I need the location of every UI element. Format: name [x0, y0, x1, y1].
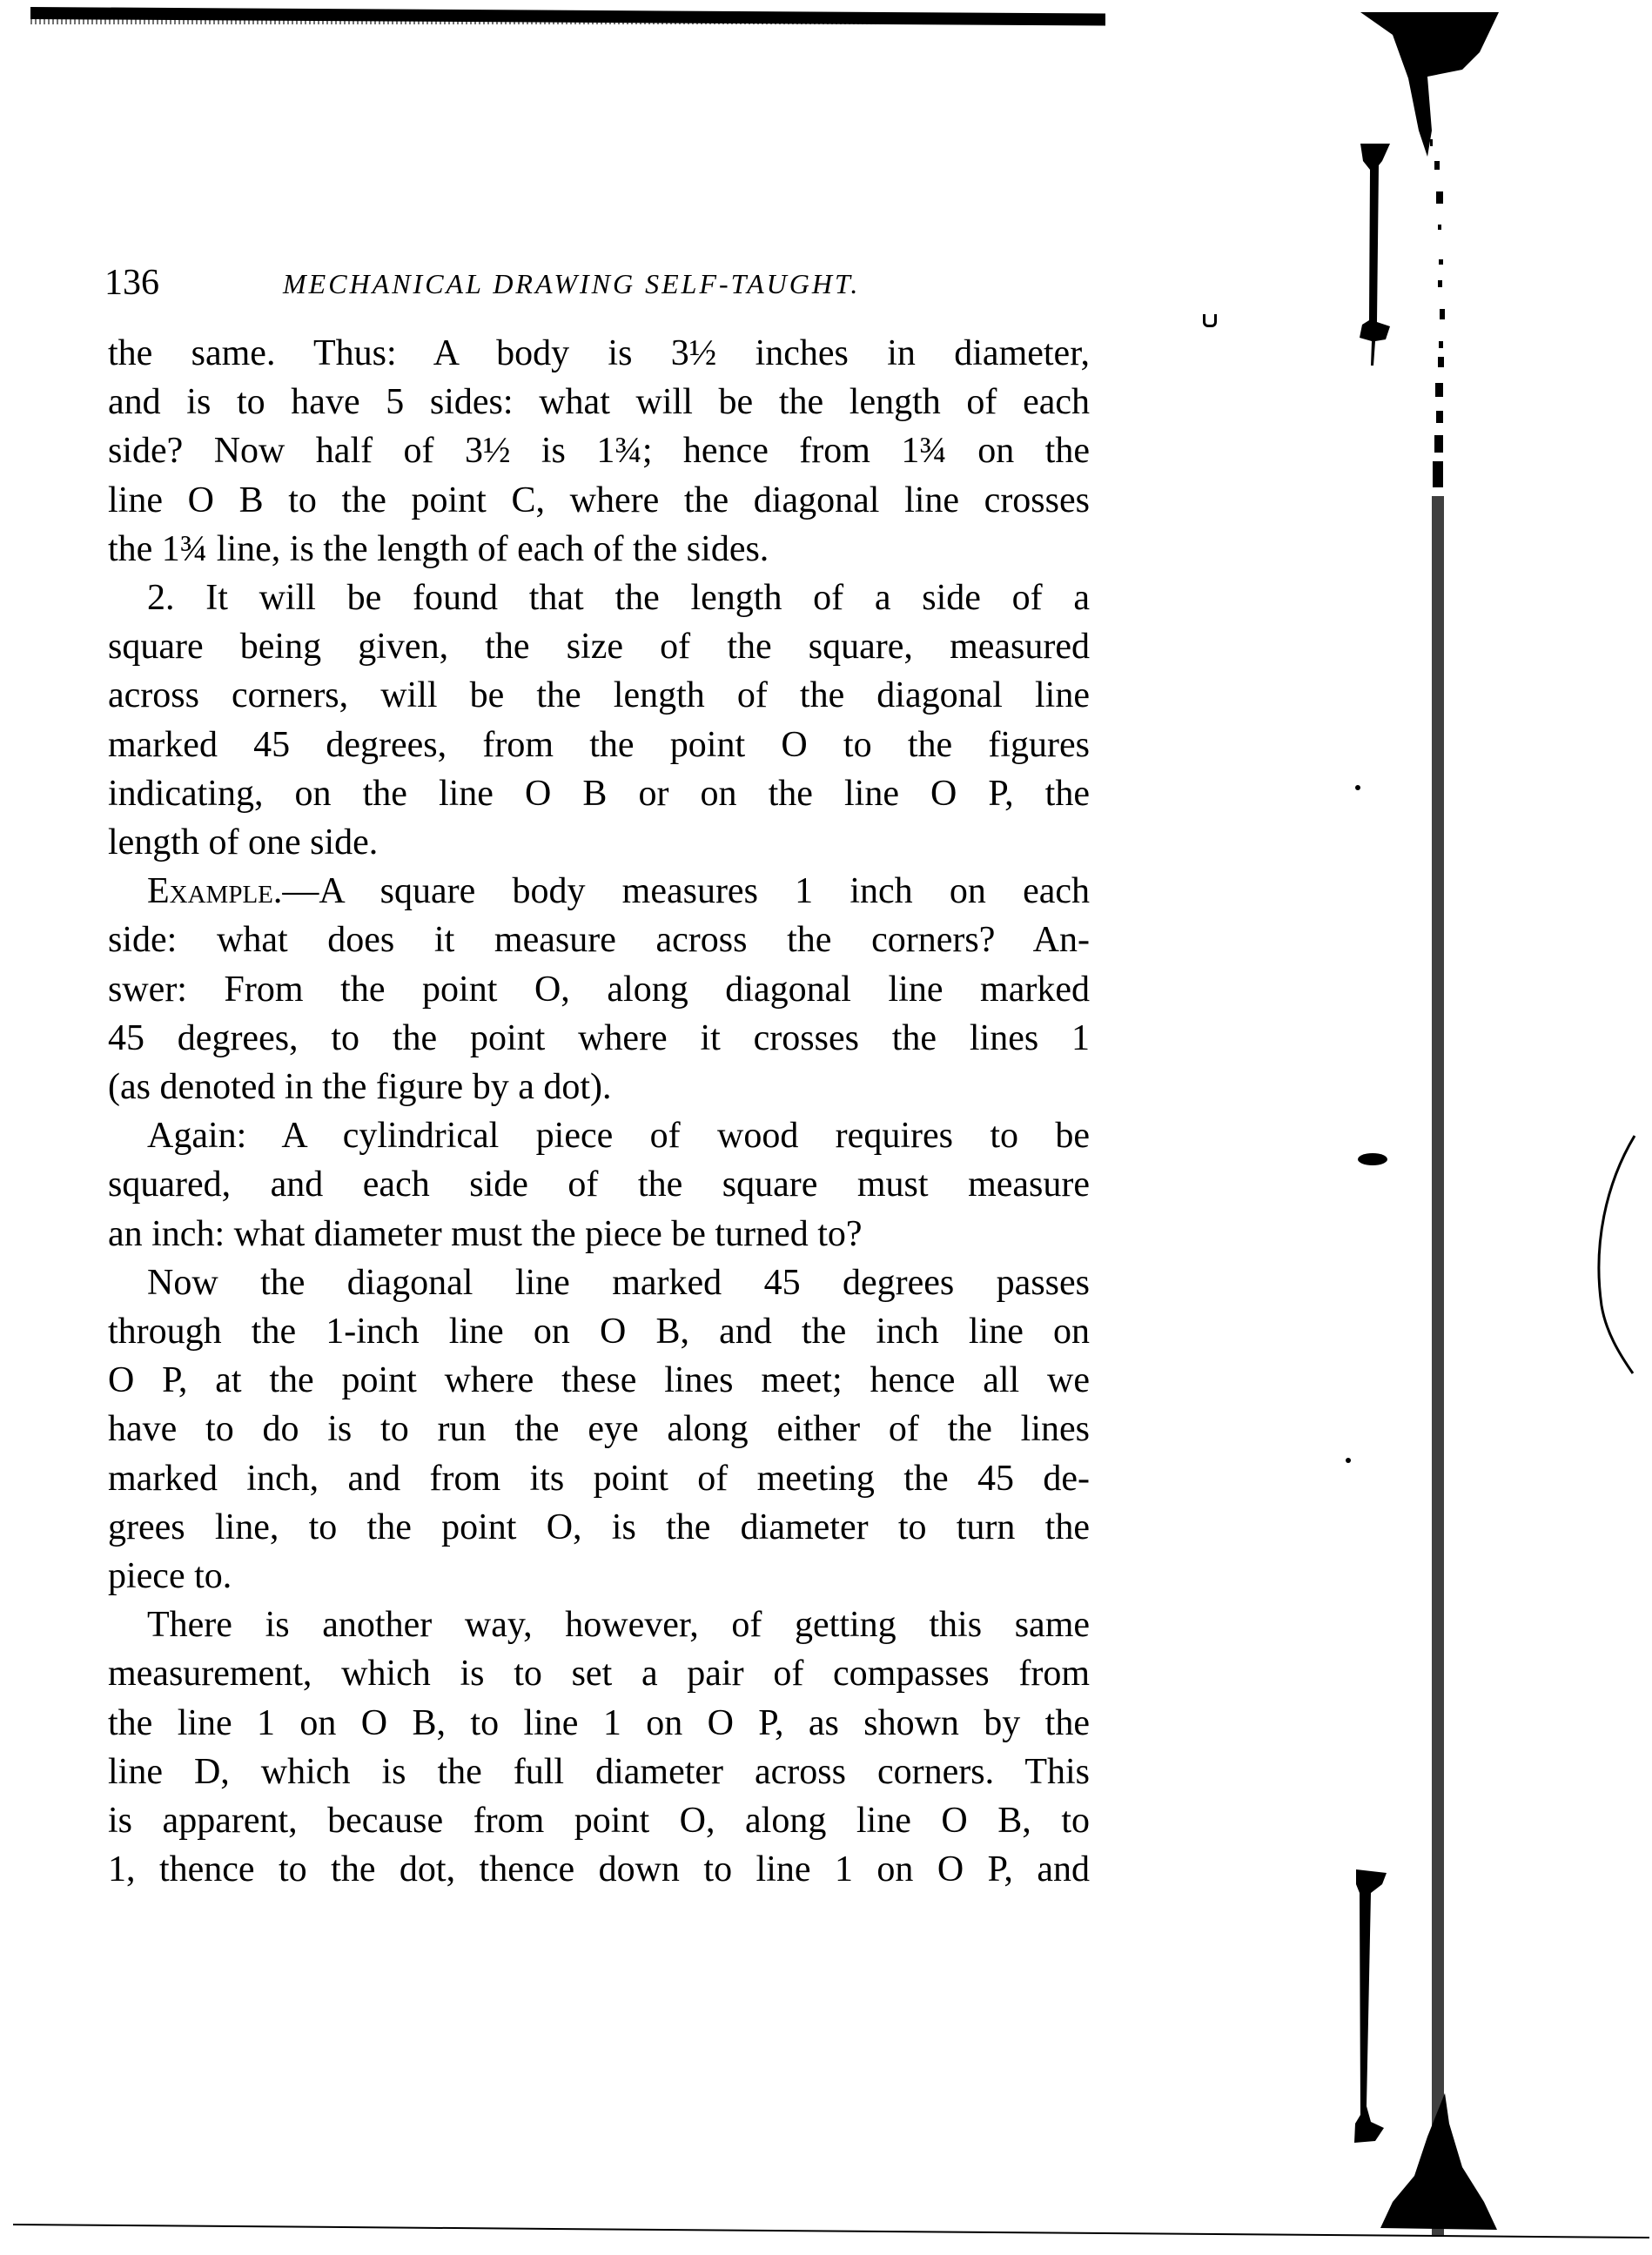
text-line: 45 degrees, to the point where it crosse…	[108, 1014, 1090, 1063]
text-line: (as denoted in the figure by a dot).	[108, 1063, 1090, 1111]
text-line: have to do is to run the eye along eithe…	[108, 1405, 1090, 1453]
bottom-rule	[13, 2225, 1649, 2238]
book-page: 136 MECHANICAL DRAWING SELF-TAUGHT. the …	[0, 0, 1652, 2255]
running-head-title: MECHANICAL DRAWING SELF-TAUGHT.	[283, 266, 860, 301]
text-line: the same. Thus: A body is 3½ inches in d…	[108, 329, 1090, 378]
text-line: is apparent, because from point O, along…	[108, 1796, 1090, 1845]
text-line: 1, thence to the dot, thence down to lin…	[108, 1845, 1090, 1894]
text-line: There is another way, however, of gettin…	[147, 1601, 1090, 1649]
text-line: grees line, to the point O, is the diame…	[108, 1503, 1090, 1552]
text-line: indicating, on the line O B or on the li…	[108, 769, 1090, 818]
text-line: marked inch, and from its point of meeti…	[108, 1454, 1090, 1503]
text-line-rest: —A square body measures 1 inch on each	[282, 871, 1090, 911]
gutter-speckle-column	[1430, 139, 1445, 2237]
text-line: line O B to the point C, where the diago…	[108, 476, 1090, 525]
text-line: squared, and each side of the square mus…	[108, 1160, 1090, 1209]
binding-shadow-top	[1360, 12, 1499, 157]
margin-dot	[1355, 785, 1360, 790]
text-line: Again: A cylindrical piece of wood requi…	[147, 1111, 1090, 1160]
text-line: the line 1 on O B, to line 1 on O P, as …	[108, 1699, 1090, 1748]
text-line: side: what does it measure across the co…	[108, 916, 1090, 964]
text-line: marked 45 degrees, from the point O to t…	[108, 721, 1090, 769]
text-line: an inch: what diameter must the piece be…	[108, 1210, 1090, 1258]
text-line: line D, which is the full diameter acros…	[108, 1748, 1090, 1796]
text-line: Now the diagonal line marked 45 degrees …	[147, 1258, 1090, 1307]
text-line: across corners, will be the length of th…	[108, 671, 1090, 720]
text-line: side? Now half of 3½ is 1¾; hence from 1…	[108, 426, 1090, 475]
margin-dot	[1346, 1458, 1351, 1463]
smallcaps-label: Example.	[147, 871, 282, 911]
top-edge-shadow-fuzz	[30, 19, 1105, 24]
text-line: Example.—A square body measures 1 inch o…	[147, 867, 1090, 916]
text-line: the 1¾ line, is the length of each of th…	[108, 525, 1090, 574]
text-line: square being given, the size of the squa…	[108, 622, 1090, 671]
text-line: 2. It will be found that the length of a…	[147, 574, 1090, 622]
text-line: piece to.	[108, 1552, 1090, 1601]
text-line: measurement, which is to set a pair of c…	[108, 1649, 1090, 1698]
binding-bar-lower	[1354, 1869, 1387, 2143]
stray-scan-mark	[1203, 314, 1217, 327]
margin-blot	[1358, 1153, 1387, 1165]
text-line: and is to have 5 sides: what will be the…	[108, 378, 1090, 426]
page-number: 136	[104, 261, 159, 305]
arc-mark	[1599, 1136, 1635, 1373]
binding-bar-upper	[1360, 144, 1390, 366]
text-line: O P, at the point where these lines meet…	[108, 1356, 1090, 1405]
text-line: through the 1-inch line on O B, and the …	[108, 1307, 1090, 1356]
text-line: length of one side.	[108, 818, 1090, 867]
running-head: 136 MECHANICAL DRAWING SELF-TAUGHT.	[104, 261, 1097, 305]
binding-shadow-bottom	[1380, 2093, 1497, 2230]
text-line: swer: From the point O, along diagonal l…	[108, 965, 1090, 1014]
